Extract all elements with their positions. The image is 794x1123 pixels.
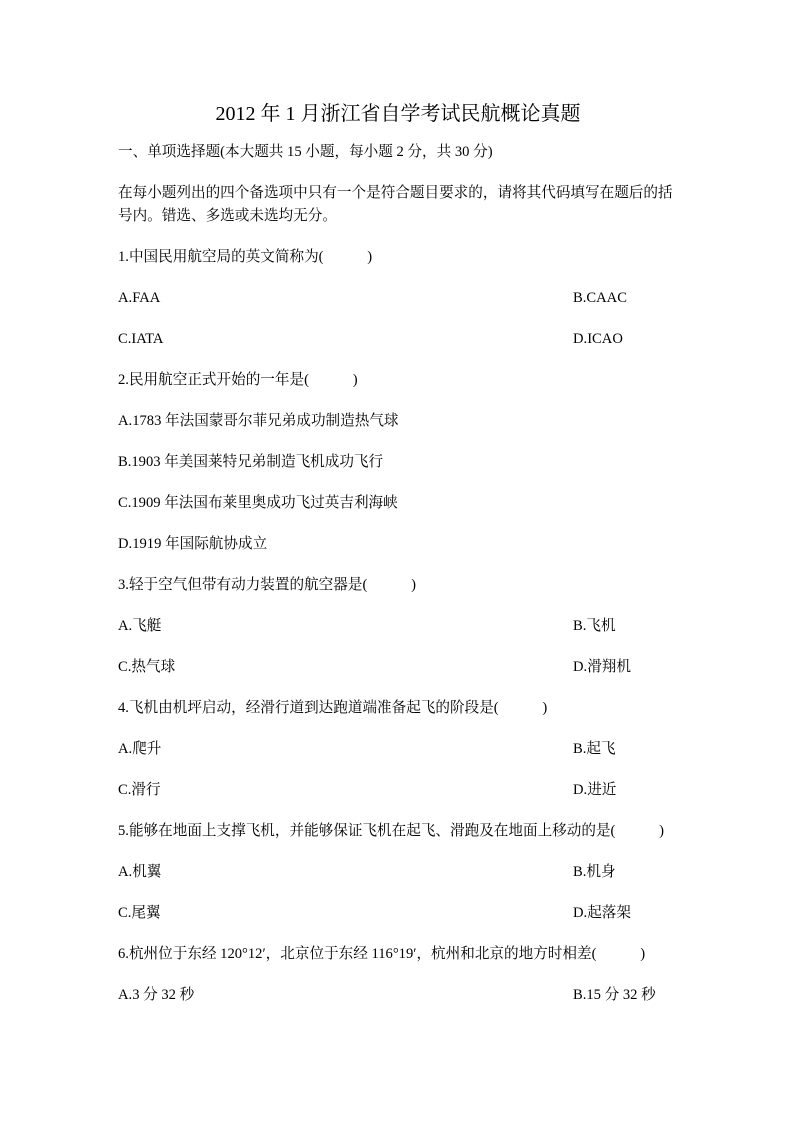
question-4-option-d: D.进近 bbox=[573, 779, 678, 802]
question-3-option-row: A.飞艇 B.飞机 bbox=[118, 615, 678, 638]
question-6-option-a: A.3 分 32 秒 bbox=[118, 984, 573, 1007]
question-4-option-a: A.爬升 bbox=[118, 738, 573, 761]
question-6-stem: 6.杭州位于东经 120°12′，北京位于东经 116°19′，杭州和北京的地方… bbox=[118, 943, 678, 966]
question-2: 2.民用航空正式开始的一年是( ) A.1783 年法国蒙哥尔菲兄弟成功制造热气… bbox=[118, 369, 678, 556]
question-5-option-a: A.机翼 bbox=[118, 861, 573, 884]
question-4-option-row: C.滑行 D.进近 bbox=[118, 779, 678, 802]
question-2-option-c: C.1909 年法国布莱里奥成功飞过英吉利海峡 bbox=[118, 492, 678, 515]
question-2-option-row: C.1909 年法国布莱里奥成功飞过英吉利海峡 bbox=[118, 492, 678, 515]
question-1-stem: 1.中国民用航空局的英文简称为( ) bbox=[118, 246, 678, 269]
question-6-option-b: B.15 分 32 秒 bbox=[573, 984, 678, 1007]
question-3-option-a: A.飞艇 bbox=[118, 615, 573, 638]
question-2-option-row: D.1919 年国际航协成立 bbox=[118, 533, 678, 556]
question-2-option-d: D.1919 年国际航协成立 bbox=[118, 533, 678, 556]
question-5-option-row: A.机翼 B.机身 bbox=[118, 861, 678, 884]
question-2-option-a: A.1783 年法国蒙哥尔菲兄弟成功制造热气球 bbox=[118, 410, 678, 433]
question-1-option-b: B.CAAC bbox=[573, 287, 678, 310]
question-4: 4.飞机由机坪启动，经滑行道到达跑道端准备起飞的阶段是( ) A.爬升 B.起飞… bbox=[118, 697, 678, 802]
section-heading: 一、单项选择题(本大题共 15 小题，每小题 2 分，共 30 分) bbox=[118, 141, 678, 164]
question-5-option-c: C.尾翼 bbox=[118, 902, 573, 925]
question-5-option-b: B.机身 bbox=[573, 861, 678, 884]
question-3-option-d: D.滑翔机 bbox=[573, 656, 678, 679]
question-1-option-row: C.IATA D.ICAO bbox=[118, 328, 678, 351]
question-1-option-a: A.FAA bbox=[118, 287, 573, 310]
question-1-option-c: C.IATA bbox=[118, 328, 573, 351]
question-6: 6.杭州位于东经 120°12′，北京位于东经 116°19′，杭州和北京的地方… bbox=[118, 943, 678, 1007]
question-4-option-c: C.滑行 bbox=[118, 779, 573, 802]
document-page: 2012 年 1 月浙江省自学考试民航概论真题 一、单项选择题(本大题共 15 … bbox=[0, 0, 794, 1123]
instructions-paragraph: 在每小题列出的四个备选项中只有一个是符合题目要求的，请将其代码填写在题后的括号内… bbox=[118, 182, 678, 228]
page-title: 2012 年 1 月浙江省自学考试民航概论真题 bbox=[118, 100, 678, 128]
question-5-option-row: C.尾翼 D.起落架 bbox=[118, 902, 678, 925]
question-3-stem: 3.轻于空气但带有动力装置的航空器是( ) bbox=[118, 574, 678, 597]
question-3-option-row: C.热气球 D.滑翔机 bbox=[118, 656, 678, 679]
question-1-option-row: A.FAA B.CAAC bbox=[118, 287, 678, 310]
question-4-option-b: B.起飞 bbox=[573, 738, 678, 761]
question-5: 5.能够在地面上支撑飞机，并能够保证飞机在起飞、滑跑及在地面上移动的是( ) A… bbox=[118, 820, 678, 925]
question-5-stem: 5.能够在地面上支撑飞机，并能够保证飞机在起飞、滑跑及在地面上移动的是( ) bbox=[118, 820, 678, 843]
question-2-option-row: B.1903 年美国莱特兄弟制造飞机成功飞行 bbox=[118, 451, 678, 474]
question-2-option-row: A.1783 年法国蒙哥尔菲兄弟成功制造热气球 bbox=[118, 410, 678, 433]
question-2-option-b: B.1903 年美国莱特兄弟制造飞机成功飞行 bbox=[118, 451, 678, 474]
question-1-option-d: D.ICAO bbox=[573, 328, 678, 351]
question-4-stem: 4.飞机由机坪启动，经滑行道到达跑道端准备起飞的阶段是( ) bbox=[118, 697, 678, 720]
question-5-option-d: D.起落架 bbox=[573, 902, 678, 925]
question-1: 1.中国民用航空局的英文简称为( ) A.FAA B.CAAC C.IATA D… bbox=[118, 246, 678, 351]
question-3-option-b: B.飞机 bbox=[573, 615, 678, 638]
question-6-option-row: A.3 分 32 秒 B.15 分 32 秒 bbox=[118, 984, 678, 1007]
question-3-option-c: C.热气球 bbox=[118, 656, 573, 679]
question-2-stem: 2.民用航空正式开始的一年是( ) bbox=[118, 369, 678, 392]
question-4-option-row: A.爬升 B.起飞 bbox=[118, 738, 678, 761]
question-3: 3.轻于空气但带有动力装置的航空器是( ) A.飞艇 B.飞机 C.热气球 D.… bbox=[118, 574, 678, 679]
